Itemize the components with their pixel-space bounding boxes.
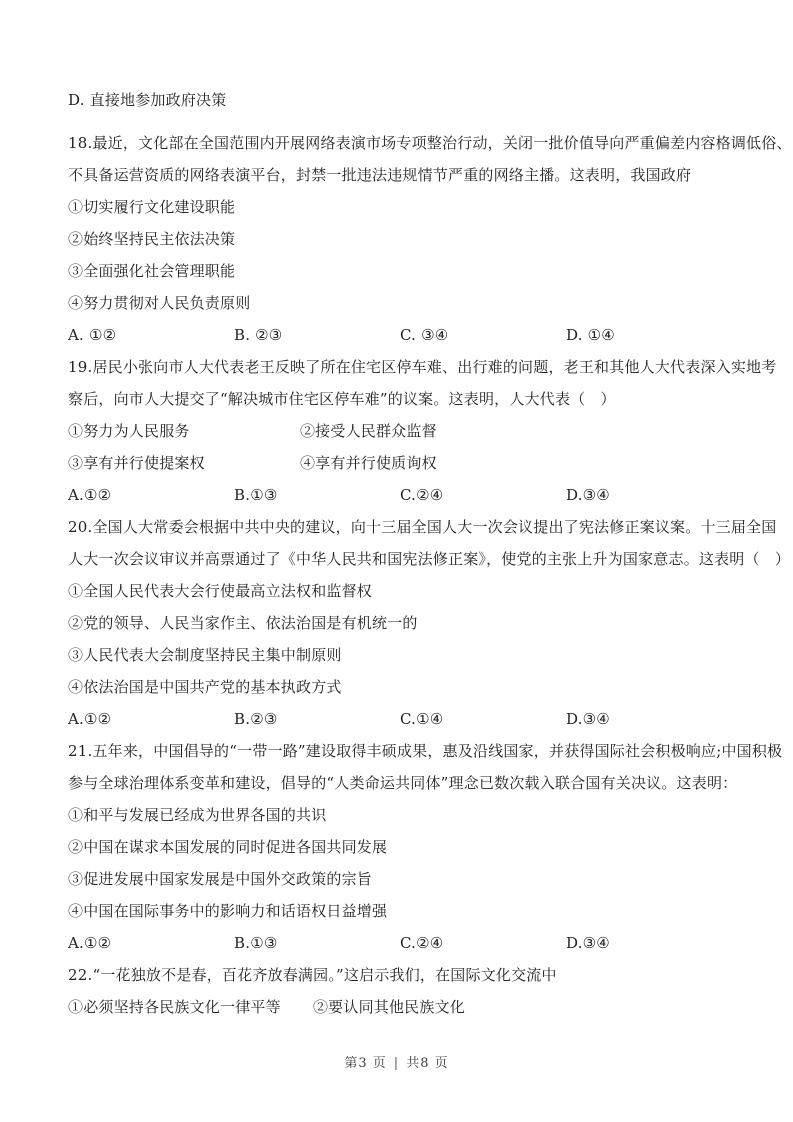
q22-statement-row-1: ①必须坚持各民族文化一律平等 ②要认同其他民族文化	[68, 991, 733, 1023]
q21-choice-d: D.③④	[566, 927, 610, 959]
q18-statement-4: ④努力贯彻对人民负责原则	[68, 287, 733, 319]
q19-choice-d: D.③④	[566, 479, 610, 511]
page-footer: 第3 页|共8 页	[0, 1052, 793, 1071]
q18-statement-3: ③全面强化社会管理职能	[68, 255, 733, 287]
q20-statement-3: ③人民代表大会制度坚持民主集中制原则	[68, 639, 733, 671]
q18-stem-line-2: 不具备运营资质的网络表演平台，封禁一批违法违规情节严重的网络主播。这表明，我国政…	[68, 159, 733, 191]
q21-choice-c: C.②④	[400, 927, 566, 959]
q21-choice-a: A.①②	[68, 927, 234, 959]
q22-stem-line-1: 22.“一花独放不是春，百花齐放春满园。”这启示我们，在国际文化交流中	[68, 959, 733, 991]
q21-statement-3: ③促进发展中国家发展是中国外交政策的宗旨	[68, 863, 733, 895]
q19-statement-3: ③享有并行使提案权	[68, 447, 295, 479]
q22-statement-1: ①必须坚持各民族文化一律平等	[68, 991, 308, 1023]
q18-choice-b: B. ②③	[234, 319, 400, 351]
q19-stem-line-1: 19.居民小张向市人大代表老王反映了所在住宅区停车难、出行难的问题，老王和其他人…	[68, 351, 733, 383]
q20-choice-b: B.②③	[234, 703, 400, 735]
q18-choice-a: A. ①②	[68, 319, 234, 351]
q20-statement-4: ④依法治国是中国共产党的基本执政方式	[68, 671, 733, 703]
exam-page: D. 直接地参加政府决策 18.最近，文化部在全国范围内开展网络表演市场专项整治…	[68, 84, 733, 1023]
q21-stem-line-2: 参与全球治理体系变革和建设，倡导的“人类命运共同体”理念已数次载入联合国有关决议…	[68, 767, 733, 799]
q20-choice-c: C.①④	[400, 703, 566, 735]
q18-choice-d: D. ①④	[566, 319, 615, 351]
q19-statement-2: ②接受人民群众监督	[300, 422, 437, 440]
carryover-option-d: D. 直接地参加政府决策	[68, 84, 733, 116]
q21-choices-row: A.①② B.①③ C.②④ D.③④	[68, 927, 733, 959]
q19-choice-c: C.②④	[400, 479, 566, 511]
q20-statement-1: ①全国人民代表大会行使最高立法权和监督权	[68, 575, 733, 607]
q20-choices-row: A.①② B.②③ C.①④ D.③④	[68, 703, 733, 735]
q19-stem-line-2: 察后，向市人大提交了“解决城市住宅区停车难”的议案。这表明，人大代表（ ）	[68, 383, 733, 415]
q19-choices-row: A.①② B.①③ C.②④ D.③④	[68, 479, 733, 511]
q20-stem-line-2: 人大一次会议审议并高票通过了《中华人民共和国宪法修正案》，使党的主张上升为国家意…	[68, 543, 733, 575]
q19-statement-row-1: ①努力为人民服务 ②接受人民群众监督	[68, 415, 733, 447]
q20-statement-2: ②党的领导、人民当家作主、依法治国是有机统一的	[68, 607, 733, 639]
q19-statement-row-2: ③享有并行使提案权 ④享有并行使质询权	[68, 447, 733, 479]
q21-statement-1: ①和平与发展已经成为世界各国的共识	[68, 799, 733, 831]
q21-statement-4: ④中国在国际事务中的影响力和话语权日益增强	[68, 895, 733, 927]
q20-choice-d: D.③④	[566, 703, 610, 735]
q18-statement-2: ②始终坚持民主依法决策	[68, 223, 733, 255]
footer-separator: |	[394, 1056, 399, 1071]
footer-total-pages: 共8 页	[406, 1056, 448, 1071]
q21-choice-b: B.①③	[234, 927, 400, 959]
q20-stem-line-1: 20.全国人大常委会根据中共中央的建议，向十三届全国人大一次会议提出了宪法修正案…	[68, 511, 733, 543]
q18-stem-line-1: 18.最近，文化部在全国范围内开展网络表演市场专项整治行动，关闭一批价值导向严重…	[68, 127, 733, 159]
q18-choice-c: C. ③④	[400, 319, 566, 351]
q21-statement-2: ②中国在谋求本国发展的同时促进各国共同发展	[68, 831, 733, 863]
q19-statement-4: ④享有并行使质询权	[300, 454, 437, 472]
q19-choice-a: A.①②	[68, 479, 234, 511]
q20-choice-a: A.①②	[68, 703, 234, 735]
q18-statement-1: ①切实履行文化建设职能	[68, 191, 733, 223]
q21-stem-line-1: 21.五年来，中国倡导的“一带一路”建设取得丰硕成果，惠及沿线国家，并获得国际社…	[68, 735, 733, 767]
q19-choice-b: B.①③	[234, 479, 400, 511]
q22-statement-2: ②要认同其他民族文化	[313, 998, 465, 1016]
q19-statement-1: ①努力为人民服务	[68, 415, 295, 447]
footer-page-number: 第3 页	[344, 1056, 386, 1071]
q18-choices-row: A. ①② B. ②③ C. ③④ D. ①④	[68, 319, 733, 351]
